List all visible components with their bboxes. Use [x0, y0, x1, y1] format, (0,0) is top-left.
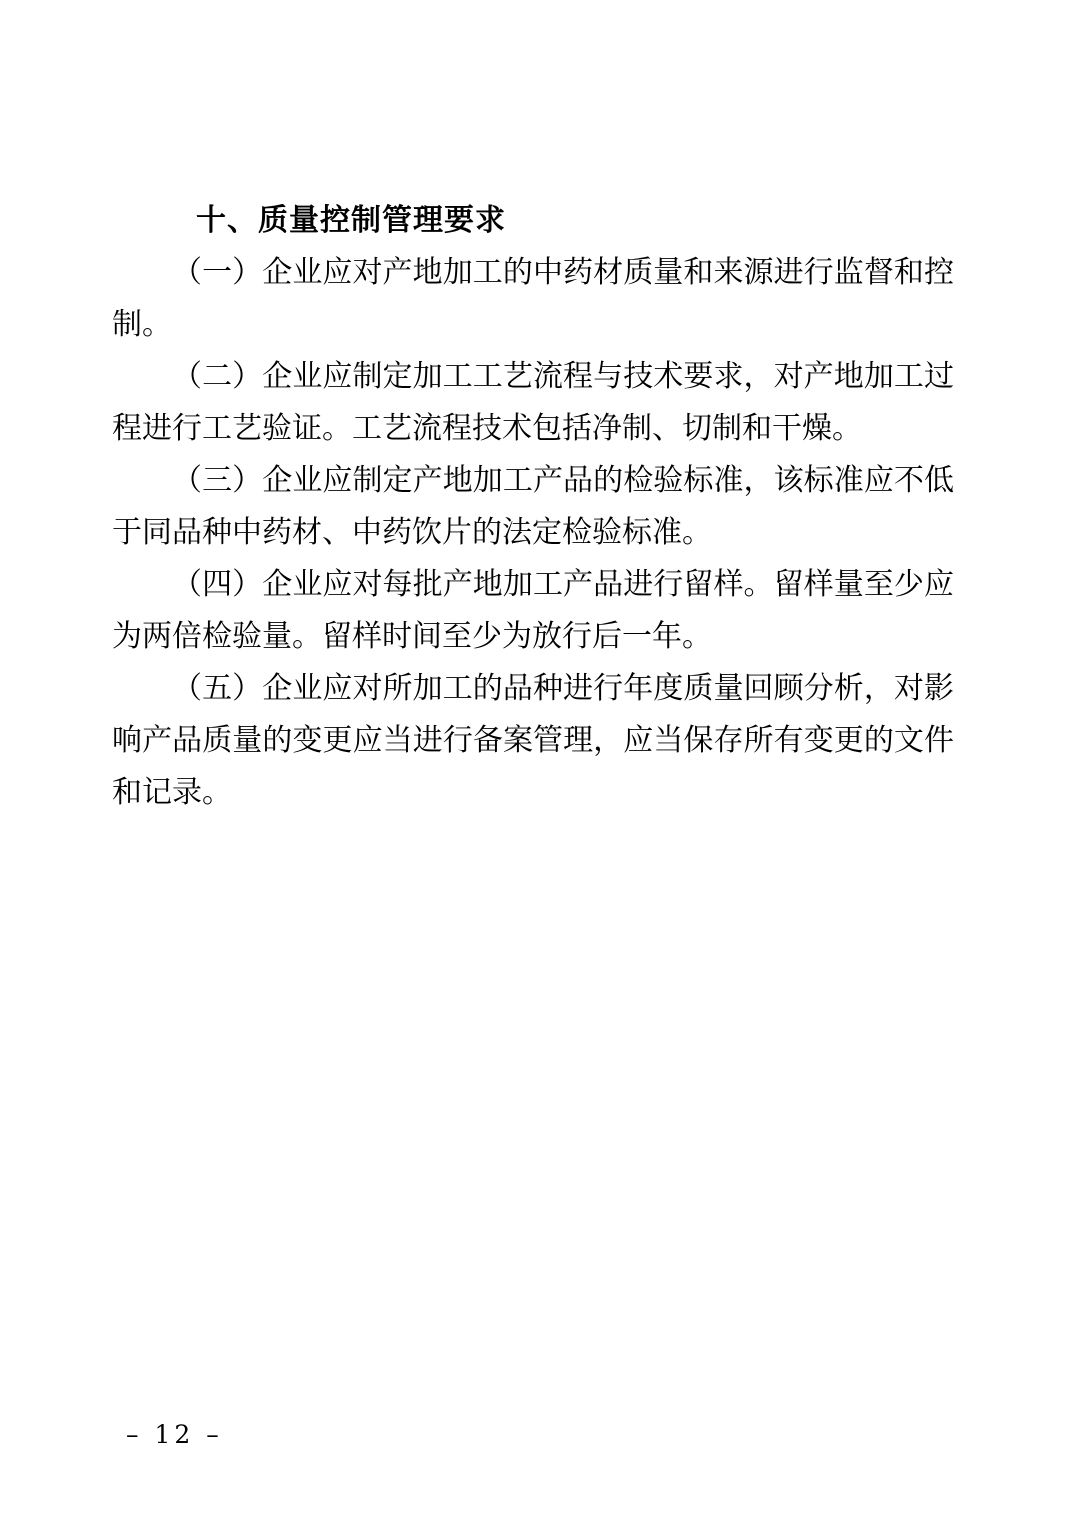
page-footer: – 12 –: [126, 1420, 223, 1450]
paragraph-3: （三）企业应制定产地加工产品的检验标准，该标准应不低于同品种中药材、中药饮片的法…: [112, 455, 954, 559]
document-body: 十、质量控制管理要求 （一）企业应对产地加工的中药材质量和来源进行监督和控制。 …: [112, 195, 954, 819]
document-page: 十、质量控制管理要求 （一）企业应对产地加工的中药材质量和来源进行监督和控制。 …: [0, 0, 1080, 1528]
section-heading: 十、质量控制管理要求: [112, 195, 954, 247]
paragraph-5: （五）企业应对所加工的品种进行年度质量回顾分析，对影响产品质量的变更应当进行备案…: [112, 663, 954, 819]
paragraph-1: （一）企业应对产地加工的中药材质量和来源进行监督和控制。: [112, 247, 954, 351]
page-number: – 12 –: [126, 1420, 223, 1449]
paragraph-4: （四）企业应对每批产地加工产品进行留样。留样量至少应为两倍检验量。留样时间至少为…: [112, 559, 954, 663]
paragraph-2: （二）企业应制定加工工艺流程与技术要求，对产地加工过程进行工艺验证。工艺流程技术…: [112, 351, 954, 455]
